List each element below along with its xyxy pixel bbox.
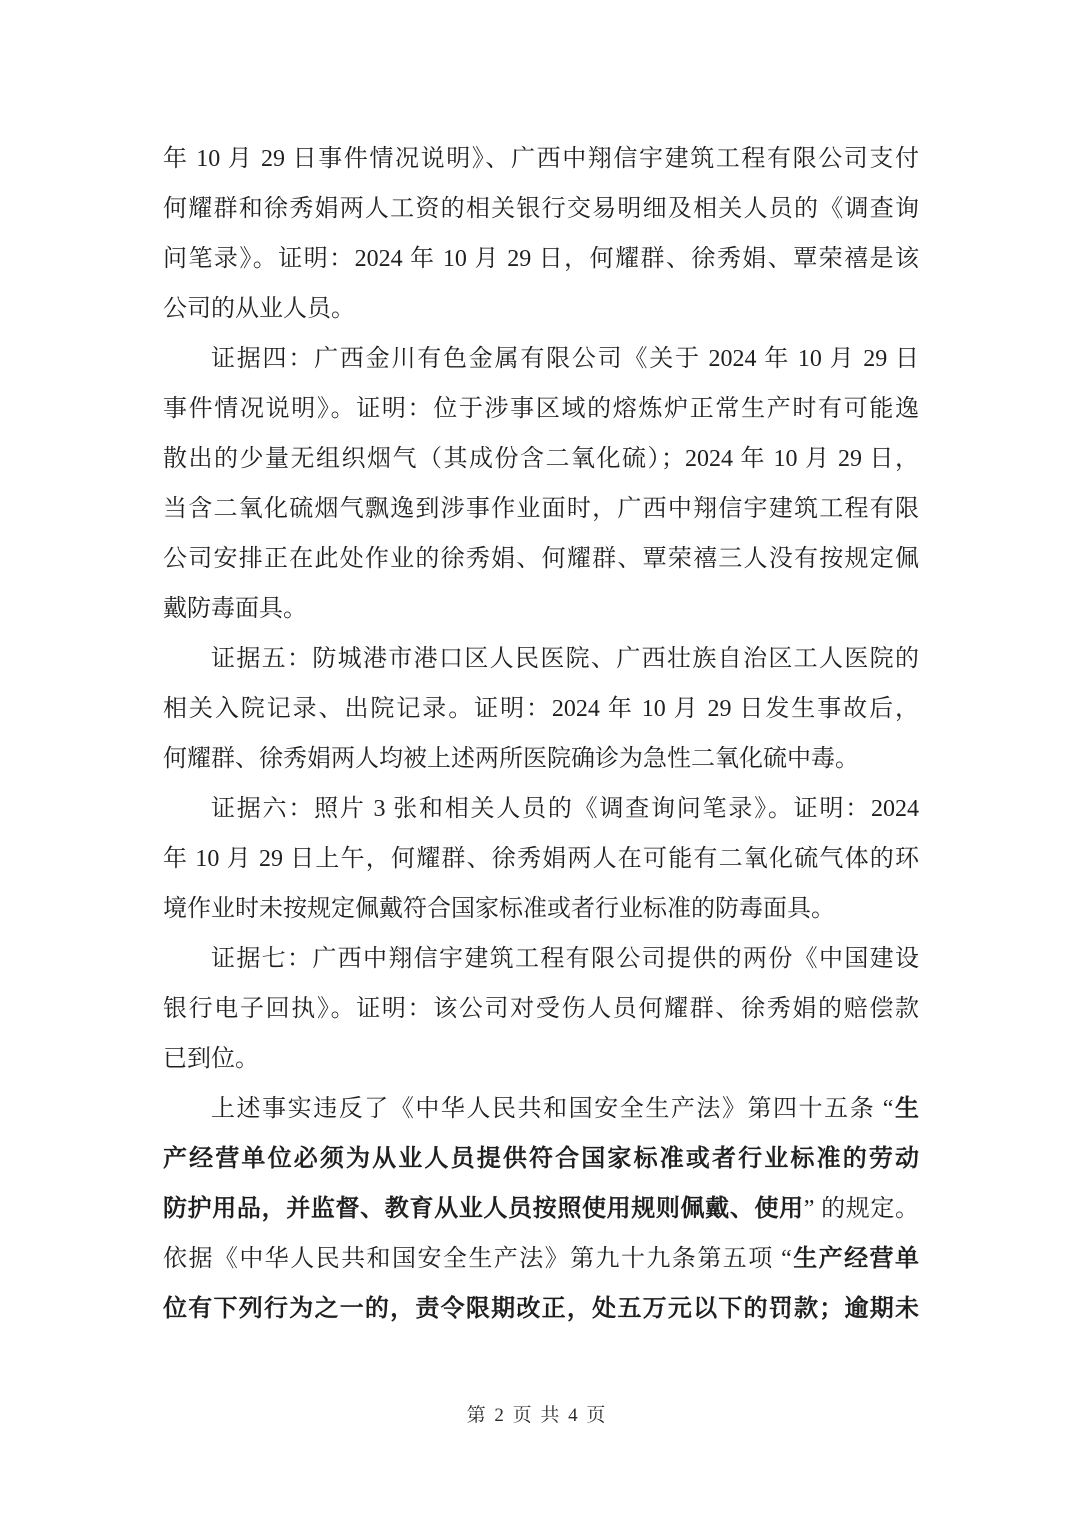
page-number: 第 2 页 共 4 页: [0, 1400, 1074, 1427]
text-line: 公司的从业人员。: [163, 284, 919, 334]
text-line: 散出的少量无组织烟气（其成份含二氧化硫）；2024 年 10 月 29 日，: [163, 434, 919, 484]
text-line: 产经营单位必须为从业人员提供符合国家标准或者行业标准的劳动: [163, 1134, 919, 1184]
text-line: 上述事实违反了《中华人民共和国安全生产法》第四十五条 “生: [163, 1084, 919, 1134]
text-line: 何耀群和徐秀娟两人工资的相关银行交易明细及相关人员的《调查询: [163, 184, 919, 234]
text-line: 位有下列行为之一的，责令限期改正，处五万元以下的罚款；逾期未: [163, 1284, 919, 1334]
text-line: 戴防毒面具。: [163, 584, 919, 634]
text-line: 当含二氧化硫烟气飘逸到涉事作业面时，广西中翔信宇建筑工程有限: [163, 484, 919, 534]
text-line: 证据六：照片 3 张和相关人员的《调查询问笔录》。证明：2024: [163, 784, 919, 834]
text-line: 银行电子回执》。证明：该公司对受伤人员何耀群、徐秀娟的赔偿款: [163, 984, 919, 1034]
text-line: 境作业时未按规定佩戴符合国家标准或者行业标准的防毒面具。: [163, 884, 919, 934]
document-page: { "page": { "background": "#ffffff", "te…: [0, 0, 1074, 1520]
text-line: 事件情况说明》。证明：位于涉事区域的熔炼炉正常生产时有可能逸: [163, 384, 919, 434]
text-line: 防护用品，并监督、教育从业人员按照使用规则佩戴、使用” 的规定。: [163, 1184, 919, 1234]
text-line: 相关入院记录、出院记录。证明：2024 年 10 月 29 日发生事故后，: [163, 684, 919, 734]
text-line: 何耀群、徐秀娟两人均被上述两所医院确诊为急性二氧化硫中毒。: [163, 734, 919, 784]
text-line: 证据五：防城港市港口区人民医院、广西壮族自治区工人医院的: [163, 634, 919, 684]
document-body: 年 10 月 29 日事件情况说明》、广西中翔信宇建筑工程有限公司支付何耀群和徐…: [163, 134, 919, 1334]
text-line: 证据四：广西金川有色金属有限公司《关于 2024 年 10 月 29 日: [163, 334, 919, 384]
text-line: 公司安排正在此处作业的徐秀娟、何耀群、覃荣禧三人没有按规定佩: [163, 534, 919, 584]
text-line: 问笔录》。证明：2024 年 10 月 29 日，何耀群、徐秀娟、覃荣禧是该: [163, 234, 919, 284]
text-line: 年 10 月 29 日事件情况说明》、广西中翔信宇建筑工程有限公司支付: [163, 134, 919, 184]
text-line: 依据《中华人民共和国安全生产法》第九十九条第五项 “生产经营单: [163, 1234, 919, 1284]
text-line: 已到位。: [163, 1034, 919, 1084]
text-line: 年 10 月 29 日上午，何耀群、徐秀娟两人在可能有二氧化硫气体的环: [163, 834, 919, 884]
text-line: 证据七：广西中翔信宇建筑工程有限公司提供的两份《中国建设: [163, 934, 919, 984]
